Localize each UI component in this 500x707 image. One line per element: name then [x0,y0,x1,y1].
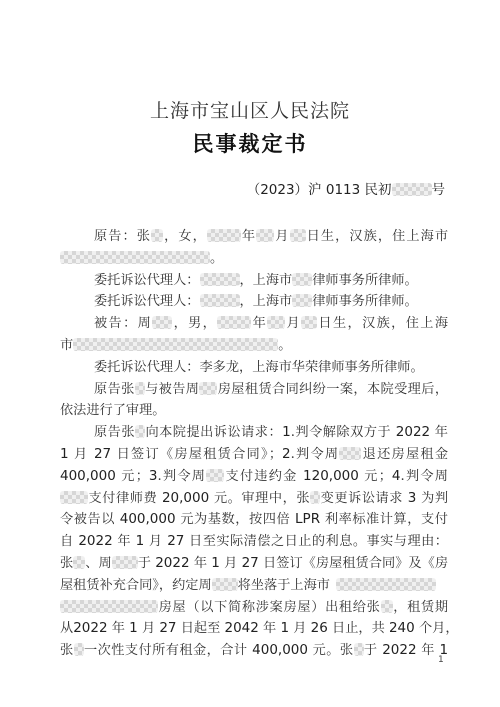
number: 1 [282,424,291,440]
redacted-mask [200,273,240,286]
text: 将坐落于上海市 [238,578,330,593]
text: 张 [60,643,74,658]
text: 个月， [419,621,459,636]
text: 月 [274,229,289,244]
text: .判令周 [401,469,448,484]
text: 元。审理中，张 [214,491,310,506]
text: 日签订《房屋租赁合同》及《房 [263,556,448,571]
claims-line-1: 原告张向本院提出诉讼请求：1.判令解除双方于 2022 年 [60,422,448,444]
text: 元。张 [313,643,354,658]
document-body: 原告：张，女，年月日生，汉族，住上海市 。 委托诉讼代理人：，上海市律师事务所律… [60,226,448,662]
text: ，租赁期 [393,600,448,615]
case-number: （2023）沪 0113 民初号 [247,178,445,198]
redacted-mask [151,229,163,242]
number: 2022 [396,424,430,440]
text: 屋租赁补充合同》，约定周 [60,578,212,593]
document-title: 民事裁定书 [0,128,500,158]
number: 27 [242,555,259,571]
redacted-mask [267,316,285,329]
text: 为判 [421,491,448,506]
redacted-mask [60,491,88,504]
text: 原告：张 [94,229,151,244]
text: 年 [112,621,125,636]
number: 27 [94,446,111,462]
redacted-mask [292,294,312,307]
plaintiff-line-2: 。 [60,248,448,270]
text: 律师事务所律师。 [312,273,418,288]
text: 日至实际清偿之日止的利息。事实与理由： [189,534,448,549]
number: 2042 [224,620,258,636]
number: 1 [129,620,138,636]
case-number-prefix: （2023）沪 0113 民初 [247,182,392,198]
text: 于 [364,643,378,658]
claims-line-9: 房屋（以下简称涉案房屋）出租给张，租赁期 [60,597,448,619]
claims-line-11: 张一次性支付所有租金，合计 400,000 元。张于 2022 年 1 [60,640,448,662]
redacted-mask [212,578,238,591]
number: 20,000 [162,490,209,506]
redacted-mask [73,556,85,569]
text: 月 [293,621,306,636]
claims-line-4: 支付律师费 20,000 元。审理中，张变更诉讼请求 3 为判 [60,488,448,510]
court-name: 上海市宝山区人民法院 [0,96,500,123]
defendant-line-2: 市。 [60,335,448,357]
text: 退还房屋租金 [361,447,448,462]
text: 与被告周 [145,382,200,397]
text: 委托诉讼代理人：李多龙，上海市华荣律师事务所律师。 [94,360,424,375]
text: .判令周 [291,447,340,462]
number: 27 [159,620,176,636]
text: 年 [263,621,276,636]
text: ，男， [172,316,217,331]
redacted-mask [60,600,158,613]
redacted-mask [199,382,217,395]
text: 月 [74,447,88,462]
text: 日起至 [181,621,221,636]
text: 月 [285,316,301,331]
claims-line-7: 张、周于 2022 年 1 月 27 日签订《房屋租赁合同》及《房 [60,553,448,575]
number: 400,000 [120,511,176,527]
number: 1 [136,533,145,549]
redacted-mask [152,316,172,329]
text: 变更诉讼请求 [320,491,403,506]
text: 月 [149,534,163,549]
text: 日生，汉族，住上海 [317,316,448,331]
text: 支付违约金 [224,469,297,484]
text: 从 [60,621,73,636]
text: 张 [60,556,73,571]
number: 2 [282,446,291,462]
text: 、周 [85,556,111,571]
text: 元为基数，按四倍 [180,512,290,527]
redacted-mask [135,425,145,438]
redacted-mask [339,447,361,460]
redacted-mask [60,251,210,264]
redacted-mask [112,556,138,569]
text: 元； [121,469,149,484]
text: 日签订《房屋租赁合同》； [117,447,282,462]
text: 。 [210,251,223,266]
number: 2022 [73,620,107,636]
text: 元； [364,469,392,484]
plaintiff-line-1: 原告：张，女，年月日生，汉族，住上海市 [60,226,448,248]
redacted-mask [135,382,145,395]
redacted-mask [290,229,306,242]
text: 向本院提出诉讼请求： [145,425,282,440]
number: 240 [389,620,415,636]
text: 日止，共 [332,621,385,636]
claims-line-6: 自 2022 年 1 月 27 日至实际清偿之日止的利息。事实与理由： [60,531,448,553]
number: 400,000 [60,468,116,484]
text: 年 [421,643,435,658]
redacted-mask [200,294,240,307]
redacted-mask [207,229,241,242]
text: 支付律师费 [88,491,157,506]
number: 1 [211,555,220,571]
page-number: 1 [438,655,444,665]
number: 400,000 [252,642,308,658]
redacted-mask [73,338,278,351]
text: 月 [224,556,237,571]
text: 被告：周 [94,316,152,331]
claims-line-10: 从2022 年 1 月 27 日起至 2042 年 1 月 26 日止，共 24… [60,618,448,640]
claims-line-3: 400,000 元；3.判令周支付违约金 120,000 元；4.判令周 [60,466,448,488]
text: 委托诉讼代理人： [94,294,200,309]
number: LPR [295,511,320,527]
number: 2022 [78,533,112,549]
redacted-mask [74,643,84,656]
number: 4 [392,468,401,484]
text: 房屋租赁合同纠纷一案，本院受理后， [217,382,448,397]
redacted-mask [336,578,436,591]
text: 年 [251,316,267,331]
text: 日生，汉族，住上海市 [306,229,449,244]
number: 3 [408,490,417,506]
defendant-line-1: 被告：周，男，年月日生，汉族，住上海 [60,313,448,335]
text: 原告张 [94,425,135,440]
number: 27 [167,533,184,549]
redacted-mask [217,316,251,329]
text: ，上海市 [240,294,293,309]
case-intro-line-2: 依法进行了审理。 [60,400,448,422]
text: 自 [60,534,74,549]
redacted-mask [301,316,317,329]
redacted-mask [392,183,432,196]
case-intro-line-1: 原告张与被告周房屋租赁合同纠纷一案，本院受理后， [60,379,448,401]
number: 26 [311,620,328,636]
redacted-mask [354,643,364,656]
text: 年 [435,425,448,440]
text: ，女， [163,229,207,244]
text: 一次性支付所有租金，合计 [84,643,248,658]
number: 2022 [155,555,189,571]
agent-line-1: 委托诉讼代理人：，上海市律师事务所律师。 [60,270,448,292]
text: 市 [60,338,73,353]
case-number-suffix: 号 [432,182,446,198]
agent-line-2: 委托诉讼代理人：，上海市律师事务所律师。 [60,291,448,313]
text: 年 [117,534,131,549]
text: 年 [241,229,256,244]
redacted-mask [256,229,274,242]
number: 1 [60,446,69,462]
text: ，上海市 [240,273,293,288]
number: 2022 [382,642,416,658]
claims-line-2: 1 月 27 日签订《房屋租赁合同》；2.判令周退还房屋租金 [60,444,448,466]
text: 原告张 [94,382,135,397]
text: 利率标准计算，支付 [325,512,448,527]
redacted-mask [206,469,224,482]
text: .判令解除双方于 [291,425,391,440]
claims-line-8: 屋租赁补充合同》，约定周将坐落于上海市 [60,575,448,597]
text: 房屋（以下简称涉案房屋）出租给张 [158,600,381,615]
text: 于 [138,556,151,571]
text: 。 [278,338,291,353]
text: 年 [194,556,207,571]
agent-line-3: 委托诉讼代理人：李多龙，上海市华荣律师事务所律师。 [60,357,448,379]
redacted-mask [292,273,312,286]
text: 委托诉讼代理人： [94,273,200,288]
number: 120,000 [303,468,359,484]
redacted-mask [381,600,393,613]
text: 依法进行了审理。 [60,403,166,418]
text: 月 [142,621,155,636]
number: 1 [280,620,289,636]
claims-line-5: 令被告以 400,000 元为基数，按四倍 LPR 利率标准计算，支付 [60,509,448,531]
text: 律师事务所律师。 [312,294,418,309]
text: 令被告以 [60,512,115,527]
text: .判令周 [157,469,206,484]
redacted-mask [310,491,320,504]
